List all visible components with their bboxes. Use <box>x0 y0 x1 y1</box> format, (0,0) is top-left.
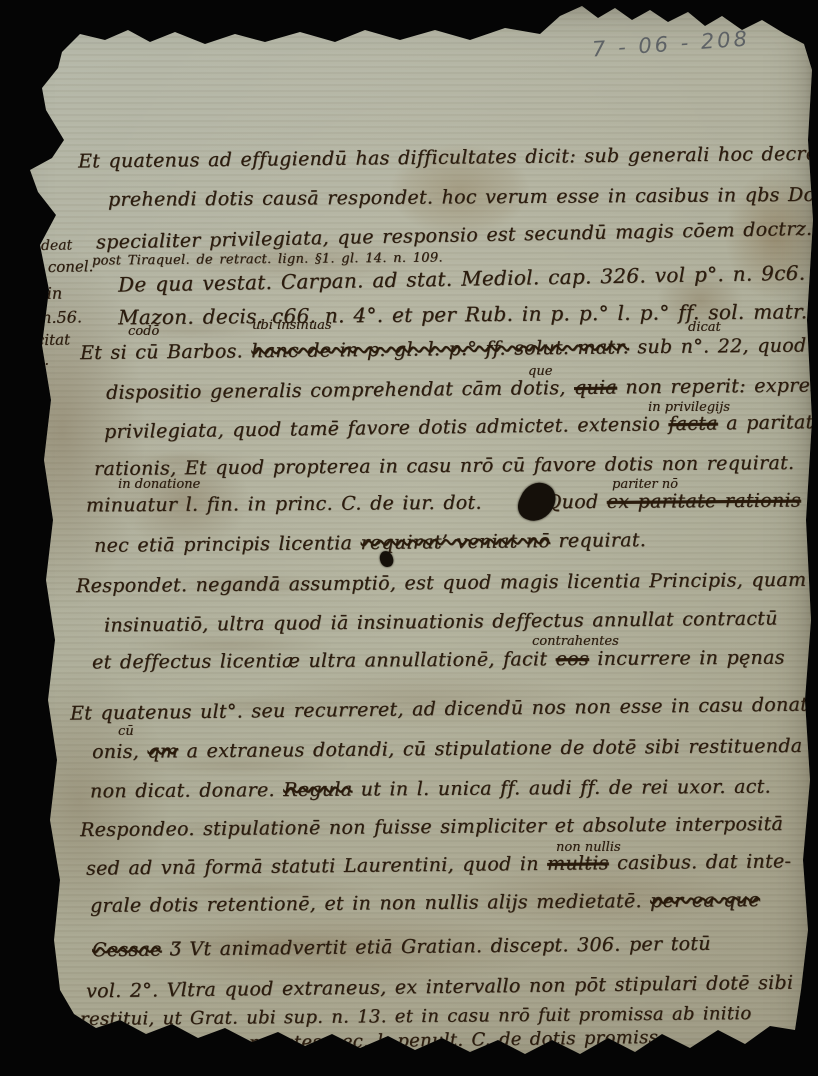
margin-note: ec videat <box>8 237 72 254</box>
line-text: Respondet. negandā assumptiō, est quod m… <box>76 569 806 597</box>
manuscript-line: et deffectus licentiæ ultra annullationē… <box>92 647 785 674</box>
line-text: minuatur l. fin. in princ. C. de iur. do… <box>86 492 482 517</box>
line-text: vol. 2°. Vltra quod extraneus, ex interv… <box>86 972 794 1003</box>
line-text: Et quatenus ad effugiendū has difficulta… <box>78 141 818 172</box>
crossed-out-text: multis <box>547 852 609 875</box>
line-text: ut fuit probatū per testes nec. l. penul… <box>76 1027 658 1056</box>
manuscript-line: nec etiā principis licentia requirat’ ve… <box>94 529 646 557</box>
interlinear-insertion: in privilegijs <box>648 400 730 415</box>
line-text: post Tiraquel. de retract. lign. §1. gl.… <box>92 250 443 268</box>
line-text: insinuatiō, ultra quod iā insinuationis … <box>104 607 778 636</box>
line-text: et deffectus licentiæ ultra annullationē… <box>92 648 556 673</box>
line-text: incurrere in pęnas <box>589 647 785 670</box>
line-text: onis, <box>92 741 148 763</box>
line-text: prehendi dotis causā respondet. hoc veru… <box>108 183 818 211</box>
margin-note: alios. <box>9 351 49 370</box>
line-text: non dicat. donare. <box>90 779 283 802</box>
line-text: nec etiā principis licentia <box>94 532 361 557</box>
manuscript-line: specialiter privilegiata, que responsio … <box>96 217 818 254</box>
crossed-out-text: Cessae <box>92 939 162 962</box>
interlinear-insertion: contrahentes <box>532 634 619 649</box>
ink-blot <box>513 477 560 527</box>
manuscript-page: 7 - 06 - 208 ec videat Thes. conel. 733.… <box>0 0 818 1076</box>
crossed-out-text: facta <box>668 412 718 435</box>
line-text: a extraneus dotandi, cū stipulatione de … <box>178 735 802 762</box>
line-text: Ʒ Vt animadvertit etiā Gratian. discept.… <box>162 933 711 961</box>
manuscript-line: Et si cū Barbos. hanc de in p. gl. l. p.… <box>80 334 818 364</box>
manuscript-line: restitui, ut Grat. ubi sup. n. 13. et in… <box>80 1003 752 1030</box>
line-text: a paritate <box>718 411 818 434</box>
manuscript-line: non dicat. donare. Regula ut in l. unica… <box>90 776 771 803</box>
manuscript-line: insinuatiō, ultra quod iā insinuationis … <box>104 607 778 636</box>
line-text: ut in l. unica ff. audi ff. de rei uxor.… <box>352 776 771 801</box>
manuscript-line: Respondet. negandā assumptiō, est quod m… <box>76 569 806 597</box>
manuscript-line: Et quatenus ad effugiendū has difficulta… <box>78 141 818 172</box>
manuscript-line: vol. 2°. Vltra quod extraneus, ex interv… <box>86 972 794 1003</box>
interlinear-insertion: que <box>528 364 552 379</box>
interlinear-citation: post Tiraquel. de retract. lign. §1. gl.… <box>92 250 443 268</box>
crossed-out-text: ex paritate rationis <box>607 490 801 513</box>
archival-number: 7 - 06 - 208 <box>591 27 750 62</box>
line-text: rationis, Et quod propterea in casu nrō … <box>94 452 794 480</box>
crossed-out-text: per ea que <box>650 889 760 912</box>
line-text: sub n°. 22, quod licet <box>629 334 818 358</box>
manuscript-line: onis, qm a extraneus dotandi, cū stipula… <box>92 735 803 763</box>
interlinear-insertion: pariter nō <box>612 477 678 492</box>
line-text: grale dotis retentionē, et in non nullis… <box>90 890 650 917</box>
line-text: casibus. dat inte- <box>609 850 792 874</box>
manuscript-line: minuatur l. fin. in princ. C. de iur. do… <box>86 490 801 517</box>
manuscript-line: Cessae Ʒ Vt animadvertit etiā Gratian. d… <box>92 933 711 961</box>
manuscript-line: prehendi dotis causā respondet. hoc veru… <box>108 183 818 211</box>
line-text: privilegiata, quod tamē favore dotis adm… <box>104 413 669 443</box>
crossed-out-text: Regula <box>283 779 352 801</box>
crossed-out-text: eos <box>556 648 589 670</box>
manuscript-line: sed ad vnā formā statuti Laurentini, quo… <box>86 850 791 879</box>
manuscript-line: ut fuit probatū per testes nec. l. penul… <box>76 1027 658 1056</box>
crossed-out-text: hanc de in p. gl. l. p.° ff. solut. matr… <box>251 336 629 362</box>
manuscript-line: Respondeo. stipulationē non fuisse simpl… <box>80 813 783 841</box>
interlinear-insertion: codō <box>128 324 159 339</box>
margin-note: qui citat <box>7 330 70 349</box>
line-text: non reperit: expresse <box>617 374 818 398</box>
manuscript-line: Et quatenus ult°. seu recurreret, ad dic… <box>70 693 818 724</box>
line-text: specialiter privilegiata, que responsio … <box>96 217 818 254</box>
interlinear-insertion: in donatione <box>118 477 200 492</box>
photograph-of-manuscript: 7 - 06 - 208 ec videat Thes. conel. 733.… <box>0 0 818 1076</box>
manuscript-line: rationis, Et quod propterea in casu nrō … <box>94 452 794 480</box>
line-text: sed ad vnā formā statuti Laurentini, quo… <box>86 853 547 880</box>
crossed-out-text: quia <box>574 377 617 399</box>
margin-note: L.D. n.56. <box>3 307 82 327</box>
margin-note: 733. in <box>6 284 62 304</box>
interlinear-insertion: ubi insinuas <box>252 318 332 333</box>
interlinear-insertion: cū <box>118 724 134 739</box>
manuscript-line: grale dotis retentionē, et in non nullis… <box>90 889 760 917</box>
line-text: restitui, ut Grat. ubi sup. n. 13. et in… <box>80 1003 752 1030</box>
crossed-out-text: requirat’ veniat nō <box>360 530 550 554</box>
manuscript-line: privilegiata, quod tamē favore dotis adm… <box>104 411 818 443</box>
line-text: dispositio generalis comprehendat cām do… <box>106 377 574 404</box>
line-text: Respondeo. stipulationē non fuisse simpl… <box>80 813 783 841</box>
interlinear-insertion: non nullis <box>556 840 621 855</box>
line-text: Et si cū Barbos. <box>80 340 251 364</box>
interlinear-insertion: dicat <box>688 320 721 335</box>
crossed-out-text: qm <box>147 740 178 762</box>
line-text: Et quatenus ult°. seu recurreret, ad dic… <box>70 693 818 724</box>
margin-note: Thes. conel. <box>2 257 94 277</box>
line-text: requirat. <box>550 529 646 552</box>
